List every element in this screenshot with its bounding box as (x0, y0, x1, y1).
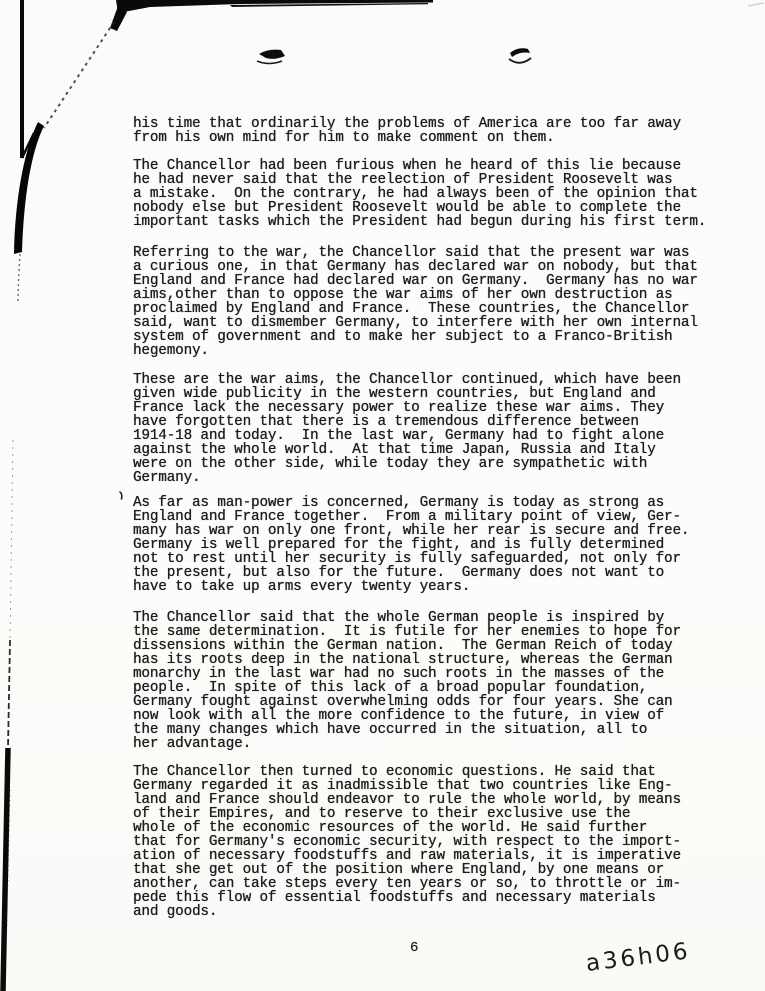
scan-artifact-left-line-hook (22, 133, 34, 158)
paragraph-3: Referring to the war, the Chancellor sai… (133, 246, 698, 358)
scan-artifact-topright-smudge (748, 3, 764, 6)
handwritten-annotation: a36h06 (584, 938, 692, 977)
document-page: his time that ordinarily the problems of… (0, 0, 765, 991)
paragraph-2: The Chancellor had been furious when he … (133, 159, 706, 229)
scan-artifact-corner-spike (110, 6, 127, 31)
ink-mark-right (509, 48, 531, 62)
scan-artifact-diagonal-crease (44, 22, 114, 128)
scan-artifact-curl-tail (18, 254, 20, 302)
scan-artifact-left-edge-solid (3, 748, 8, 991)
scan-artifact-left-edge-mid (8, 640, 10, 748)
ink-mark-left (257, 50, 285, 64)
scan-artifact-left-edge-faint (10, 440, 13, 640)
scan-artifact-top-bar-sliver (230, 3, 428, 7)
scan-artifact-left-line-top (20, 0, 24, 158)
paragraph-6: The Chancellor said that the whole Germa… (133, 611, 681, 751)
page-number: 6 (410, 940, 418, 956)
scan-artifact-left-edge-speckle (6, 790, 10, 960)
paragraph-5: As far as man-power is concerned, German… (133, 496, 689, 594)
scan-artifact-top-bar (116, 0, 433, 13)
paragraph-7: The Chancellor then turned to economic q… (133, 765, 681, 920)
paragraph-1: his time that ordinarily the problems of… (133, 117, 681, 145)
paragraph-4: These are the war aims, the Chancellor c… (133, 373, 681, 485)
scan-artifact-margin-speck (120, 492, 122, 499)
scan-artifact-curl-shadow (14, 122, 44, 254)
